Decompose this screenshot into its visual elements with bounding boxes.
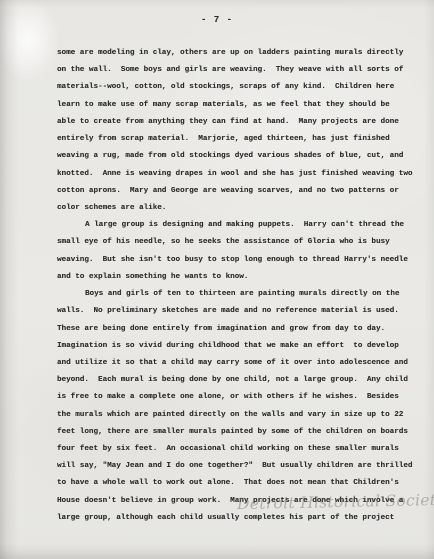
text-line: to have a whole wall to work out alone. … [57, 475, 425, 492]
text-line: entirely from scrap material. Marjorie, … [57, 131, 425, 148]
text-line: and to explain something he wants to kno… [57, 269, 425, 286]
document-text: some are modeling in clay, others are up… [57, 45, 425, 527]
text-line: weaving. But she isn't too busy to stop … [57, 252, 425, 269]
text-line: large group, although each child usually… [57, 510, 425, 527]
text-line: knotted. Anne is weaving drapes in wool … [57, 166, 425, 183]
text-line: cotton aprons. Mary and George are weavi… [57, 183, 425, 200]
text-line: color schemes are alike. [57, 200, 425, 217]
text-line: walls. No preliminary sketches are made … [57, 303, 425, 320]
page-number: - 7 - [0, 15, 434, 25]
text-line: small eye of his needle, so he seeks the… [57, 234, 425, 251]
scan-edge-bottom [0, 543, 434, 559]
scan-edge-top [0, 0, 434, 8]
text-line: Boys and girls of ten to thirteen are pa… [57, 286, 425, 303]
text-line: on the wall. Some boys and girls are wea… [57, 62, 425, 79]
text-line: Imagination is so vivid during childhood… [57, 338, 425, 355]
paragraph: A large group is designing and making pu… [57, 217, 425, 286]
text-line: four feet by six feet. An occasional chi… [57, 441, 425, 458]
text-line: the murals which are painted directly on… [57, 407, 425, 424]
text-line: some are modeling in clay, others are up… [57, 45, 425, 62]
text-line: These are being done entirely from imagi… [57, 321, 425, 338]
text-line: feet long, there are smaller murals pain… [57, 424, 425, 441]
text-line: A large group is designing and making pu… [57, 217, 425, 234]
paragraph: some are modeling in clay, others are up… [57, 45, 425, 217]
text-line: will say, "May Jean and I do one togethe… [57, 458, 425, 475]
scan-edge-left [0, 0, 18, 559]
text-line: able to create from anything they can fi… [57, 114, 425, 131]
scan-edge-right [424, 0, 434, 559]
text-line: materials--wool, cotton, old stockings, … [57, 79, 425, 96]
text-line: is free to make a complete one alone, or… [57, 389, 425, 406]
text-line: and utilize it so that a child may carry… [57, 355, 425, 372]
text-line: House doesn't believe in group work. Man… [57, 493, 425, 510]
scanned-document-screenshot: { "page": { "number_label": "- 7 -", "wa… [0, 0, 434, 559]
paragraph: Boys and girls of ten to thirteen are pa… [57, 286, 425, 527]
text-line: learn to make use of many scrap material… [57, 97, 425, 114]
document-page: - 7 - some are modeling in clay, others … [0, 0, 434, 559]
text-line: weaving a rug, made from old stockings d… [57, 148, 425, 165]
text-line: beyond. Each mural is being done by one … [57, 372, 425, 389]
